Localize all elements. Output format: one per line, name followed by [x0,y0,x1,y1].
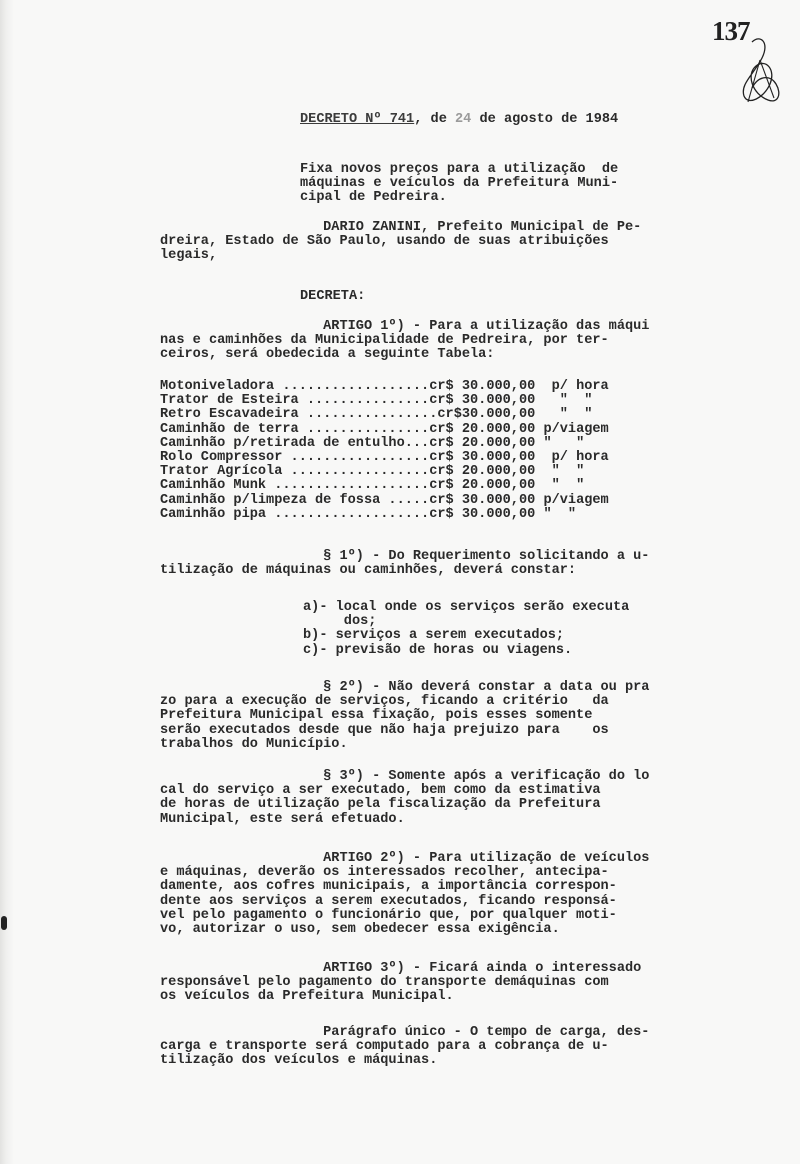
price-table-row: Retro Escavadeira ................cr$30.… [160,408,609,422]
paragrafo-3: § 3º) - Somente após a verificação do lo… [160,770,649,827]
price-table-row: Caminhão pipa ...................cr$ 30.… [160,508,609,522]
table-item-name: Trator Agrícola [160,464,282,479]
table-leader-dots: ................... [266,478,429,493]
table-leader-dots: ............... [299,393,430,408]
requirement-items: a)- local onde os serviços serão executa… [303,601,629,658]
table-item-name: Caminhão Munk [160,478,266,493]
table-item-unit: " " [535,507,576,522]
table-item-name: Motoniveladora [160,379,274,394]
decree-title: DECRETO Nº 741 [300,112,414,127]
table-item-name: Caminhão de terra [160,422,299,437]
price-table-row: Trator de Esteira ...............cr$ 30.… [160,394,609,408]
table-item-name: Trator de Esteira [160,393,299,408]
table-item-price: cr$ 20.000,00 [429,464,535,479]
price-table-row: Caminhão Munk ...................cr$ 20.… [160,479,609,493]
table-leader-dots: ............... [299,407,430,422]
price-table-row: Caminhão p/limpeza de fossa .....cr$ 30.… [160,494,609,508]
price-table-row: Rolo Compressor .................cr$ 30.… [160,451,609,465]
artigo-3: ARTIGO 3º) - Ficará ainda o interessado … [160,962,641,1005]
table-item-price: cr$ 20.000,00 [429,436,535,451]
artigo-1: ARTIGO 1º) - Para a utilização das máqui… [160,320,649,363]
price-table-row: Caminhão de terra ...............cr$ 20.… [160,423,609,437]
paragrafo-unico: Parágrafo único - O tempo de carga, des-… [160,1026,649,1069]
table-item-price: cr$ 30.000,00 [429,450,535,465]
preamble: DARIO ZANINI, Prefeito Municipal de Pe- … [160,221,641,264]
price-table: Motoniveladora ..................cr$ 30.… [160,380,609,522]
table-item-price: cr$ 30.000,00 [429,507,535,522]
table-item-unit: p/ hora [535,450,608,465]
price-table-row: Caminhão p/retirada de entulho...cr$ 20.… [160,437,609,451]
table-item-unit: " " [535,478,584,493]
table-item-unit: " " [535,393,592,408]
table-item-unit: p/ hora [535,379,608,394]
table-item-name: Caminhão p/retirada de entulho [160,436,405,451]
table-item-price: cr$ 20.000,00 [429,478,535,493]
table-item-unit: " " [535,407,592,422]
table-leader-dots: ................... [266,507,429,522]
table-leader-dots: ............... [299,422,430,437]
price-table-row: Trator Agrícola .................cr$ 20.… [160,465,609,479]
table-leader-dots: ................. [282,464,429,479]
table-item-name: Retro Escavadeira [160,407,299,422]
table-item-name: Caminhão p/limpeza de fossa [160,493,380,508]
paragrafo-1: § 1º) - Do Requerimento solicitando a u-… [160,550,649,578]
decree-heading: DECRETO Nº 741, de 24 de agosto de 1984 [300,113,618,127]
table-item-price: cr$ 30.000,00 [429,379,535,394]
table-leader-dots: ... [405,436,429,451]
table-item-price: cr$ 30.000,00 [429,493,535,508]
decree-date-prefix: , de [414,112,455,127]
margin-punch-mark [1,916,7,930]
table-item-name: Caminhão pipa [160,507,266,522]
table-item-unit: p/viagem [535,422,608,437]
decree-summary: Fixa novos preços para a utilização de m… [300,163,618,206]
paragrafo-2: § 2º) - Não deverá constar a data ou pra… [160,681,649,752]
table-leader-dots: ..... [380,493,429,508]
document-page: 137 DECRETO Nº 741, de 24 de agosto de 1… [0,0,800,1164]
price-table-row: Motoniveladora ..................cr$ 30.… [160,380,609,394]
table-item-price: cr$ 30.000,00 [429,393,535,408]
decreta-label: DECRETA: [300,290,365,304]
table-item-unit: " " [535,436,584,451]
decree-date-suffix: de agosto de 1984 [471,112,618,127]
artigo-2: ARTIGO 2º) - Para utilização de veículos… [160,852,649,937]
table-leader-dots: .................. [274,379,429,394]
table-item-price: cr$ 20.000,00 [429,422,535,437]
table-item-name: Rolo Compressor [160,450,282,465]
table-leader-dots: ................. [282,450,429,465]
table-item-unit: p/viagem [535,493,608,508]
table-item-price: .cr$30.000,00 [429,407,535,422]
table-item-unit: " " [535,464,584,479]
decree-day: 24 [455,112,471,127]
signature-initials-icon [730,36,790,106]
